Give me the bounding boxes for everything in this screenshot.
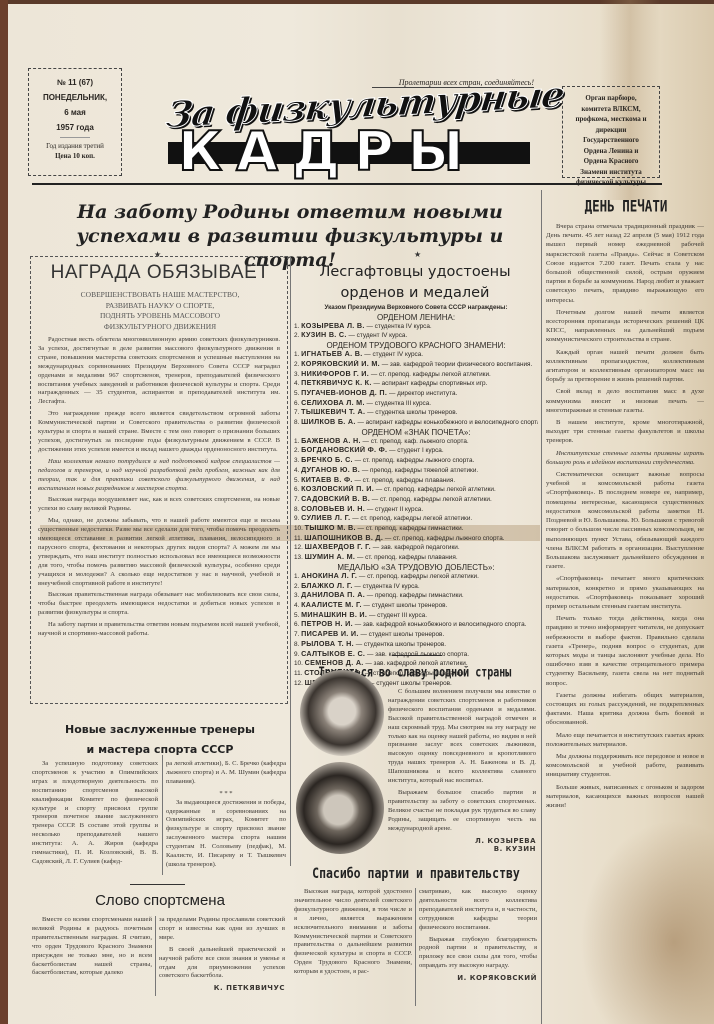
issue-weekday: ПОНЕДЕЛЬНИК,: [29, 90, 121, 105]
slovo-col1: Вместе со всеми спортсменами нашей велик…: [32, 916, 152, 981]
new-trainers-title: Новые заслуженные тренеры и мастера спор…: [40, 720, 280, 760]
award-recipient: 6. ПЕТРОВ Н. И. — зав. кафедрой конькобе…: [294, 620, 538, 630]
award-recipient: 6. КОЗЛОВСКИЙ П. И. — ст. препод. кафедр…: [294, 485, 538, 495]
award-recipient: 7. ТЫШКЕВИЧ Т. А. — студентка школы трен…: [294, 408, 538, 418]
recipient-number: 12.: [294, 680, 303, 687]
recipient-name: КОЗЛОВСКИЙ П. И.: [301, 485, 374, 493]
award-recipient: 2. КОРЯКОВСКИЙ И. М. — зав. кафедрой тео…: [294, 360, 538, 370]
recipient-role: — ст. препод. кафедры легкой атлетики.: [376, 486, 496, 493]
award-recipient: 4. КААЛИСТЕ М. Г. — студент школы тренер…: [294, 601, 538, 611]
award-recipient: 8. РЫЛОВА Т. Н. — студентка школы тренер…: [294, 640, 538, 650]
recipient-role: — директор института.: [389, 390, 457, 397]
title-line: и мастера спорта СССР: [40, 740, 280, 760]
recipient-name: СЕЛИХОВА Л. М.: [301, 399, 365, 407]
recipient-name: ШАХВЕРДОВ Г. Г.: [305, 543, 371, 551]
recipient-name: ШИЛКОВ Б. А.: [301, 418, 356, 426]
recipient-number: 12.: [294, 544, 303, 551]
recipient-number: 5.: [294, 612, 299, 619]
award-recipient: 1. ИГНАТЬЕВ А. В. — студент IV курса.: [294, 350, 538, 360]
paragraph: Газеты должны избегать общих материалов,…: [546, 691, 704, 728]
recipient-role: — ст. препод. кафедры лыжного спорта.: [385, 535, 505, 542]
award-recipient: 9. САЛТЫКОВ Е. С. — зав. кафедрой лыжног…: [294, 650, 538, 660]
recipient-role: — студент школы тренеров.: [360, 631, 444, 638]
recipient-name: САДОВСКИЙ В. В.: [301, 495, 370, 503]
paragraph: Систематически освещает важные вопросы у…: [546, 470, 704, 571]
organ-line: Государственного: [563, 135, 659, 146]
recipient-role: — студентка IV курса.: [354, 583, 419, 590]
recipient-role: — студентка IV курса.: [366, 323, 431, 330]
paragraph: Выражая глубокую благодарность родной па…: [419, 936, 537, 972]
award-recipient: 13. ШУМИН А. М. — ст. препод. кафедры пл…: [294, 553, 538, 563]
organ-line: профкома, месткома и: [563, 114, 659, 125]
recipient-number: 8.: [294, 506, 299, 513]
paragraph: Вместе со всеми спортсменами нашей велик…: [32, 916, 152, 978]
paragraph: Высокая правительственная награда обязыв…: [38, 591, 280, 618]
price: Цена 10 коп.: [29, 151, 121, 161]
main-headline-line: На заботу Родины ответим новыми: [40, 200, 540, 224]
paragraph: Высокая награда, которой удостоено значи…: [294, 888, 412, 977]
recipient-number: 5.: [294, 477, 299, 484]
recipient-role: — студент IV курса.: [348, 332, 407, 339]
organ-line: Орган парбюро,: [563, 93, 659, 104]
spasibo-title: Спасибо партии и правительству: [296, 864, 536, 882]
paragraph: За успешную подготовку советских спортсм…: [32, 760, 158, 867]
issue-date: 6 мая: [29, 105, 121, 120]
recipient-name: ДАНИЛОВА П. А.: [301, 591, 365, 599]
recipient-number: 8.: [294, 419, 299, 426]
paragraph: В своей дальнейшей практической и научно…: [159, 946, 285, 982]
publication-year: Год издания третий: [29, 141, 121, 151]
award-recipient: 5. ПУГАЧЕВ-ИОНОВ Д. П. — директор инстит…: [294, 389, 538, 399]
recipient-name: НИКИФОРОВ Г. И.: [301, 370, 369, 378]
paragraph: Радостная весть облетела многомиллионную…: [38, 336, 280, 407]
recipient-number: 7.: [294, 409, 299, 416]
column-rule: [541, 190, 542, 1024]
recipient-role: — студент II курса.: [367, 506, 423, 513]
organ-info-box: Орган парбюро, комитета ВЛКСМ, профкома,…: [562, 86, 660, 178]
awards-title-line: Лесгафтовцы удостоены: [292, 262, 538, 283]
recipient-name: ПЕТКЯВИЧУС К. К.: [301, 379, 372, 387]
award-recipient: 5. КИТАЕВ В. Ф. — ст. препод. кафедры пл…: [294, 476, 538, 486]
paragraph: Высокая награда воодушевляет нас, как и …: [38, 496, 280, 514]
recipient-name: СОЛОВЬЕВ И. Н.: [301, 505, 365, 513]
organ-line: дирекции: [563, 125, 659, 136]
award-recipient: 5. МИНАШКИН В. И. — студент III курса.: [294, 611, 538, 621]
paragraph: Вчера страна отмечала традиционный празд…: [546, 222, 704, 305]
subtitle-line: ПОДНЯТЬ УРОВЕНЬ МАССОВОГО: [40, 311, 280, 322]
editorial-body: Радостная весть облетела многомиллионную…: [38, 336, 280, 642]
award-recipient: 10. ТЫШКО М. В. — ст. препод. кафедры ги…: [294, 524, 538, 534]
recipient-name: РЫЛОВА Т. Н.: [301, 640, 354, 648]
recipient-number: 2.: [294, 361, 299, 368]
divider: [130, 884, 185, 885]
paragraph: Мы должны поддерживать все передовое и н…: [546, 752, 704, 780]
trudit-body: С большим волнением получили мы известие…: [388, 688, 536, 854]
recipient-name: ПУГАЧЕВ-ИОНОВ Д. П.: [301, 389, 387, 397]
recipient-number: 6.: [294, 400, 299, 407]
recipient-number: 1.: [294, 573, 299, 580]
issue-info-box: № 11 (67) ПОНЕДЕЛЬНИК, 6 мая 1957 года Г…: [28, 68, 122, 176]
recipient-number: 3.: [294, 457, 299, 464]
paragraph: Почетным долгом нашей печати является вс…: [546, 308, 704, 345]
award-recipient: 12. ШАХВЕРДОВ Г. Г. — зав. кафедрой педа…: [294, 543, 538, 553]
paragraph: С большим волнением получили мы известие…: [388, 688, 536, 786]
separator: * * *: [166, 790, 286, 799]
recipient-number: 4.: [294, 602, 299, 609]
paragraph: Мы, однако, не должны забывать, что в на…: [38, 517, 280, 588]
recipient-role: — ст. препод. кафедры легкой атлетики.: [372, 496, 492, 503]
slovo-col2: за пределами Родины прославили советский…: [159, 916, 285, 993]
award-recipient: 11. ШАПОШНИКОВ В. Д. — ст. препод. кафед…: [294, 534, 538, 544]
column-rule: [415, 888, 416, 1006]
spasibo-col2: сматриваю, как высокую оценку деятельнос…: [419, 888, 537, 983]
recipient-number: 13.: [294, 554, 303, 561]
award-category: МЕДАЛЬЮ «ЗА ТРУДОВУЮ ДОБЛЕСТЬ»:: [294, 563, 538, 572]
recipient-name: КУЗИН В. С.: [301, 331, 347, 339]
paragraph: «Спортфаковец» печатает много критически…: [546, 574, 704, 611]
recipient-number: 7.: [294, 631, 299, 638]
award-recipient: 9. СУЛИЕВ Л. Г. — ст. препод. кафедры ле…: [294, 514, 538, 524]
recipient-number: 2.: [294, 583, 299, 590]
award-category: ОРДЕНОМ ЛЕНИНА:: [294, 313, 538, 322]
recipient-name: КААЛИСТЕ М. Г.: [301, 601, 362, 609]
paragraph: Каждый орган нашей печати должен быть ко…: [546, 348, 704, 385]
paragraph: Печать только тогда действенна, когда он…: [546, 614, 704, 688]
paragraph: Это награждение прежде всего является св…: [38, 410, 280, 455]
recipient-number: 1.: [294, 438, 299, 445]
star-icon: ★: [414, 250, 421, 259]
recipient-number: 10.: [294, 525, 303, 532]
recipient-role: — ст. препод. кафедры легкой атлетики.: [352, 515, 472, 522]
masthead-title-text: КАДРЫ: [178, 122, 478, 182]
portrait-photo-kozyreva: [300, 670, 384, 756]
new-trainers-col2: ра легкой атлетики), Б. С. Бречко (кафед…: [166, 760, 286, 873]
signature: К. ПЕТКЯВИЧУС: [159, 984, 285, 993]
award-recipient: 3. ДАНИЛОВА П. А. — препод. кафедры гимн…: [294, 591, 538, 601]
recipient-number: 8.: [294, 641, 299, 648]
award-recipient: 8. СОЛОВЬЕВ И. Н. — студент II курса.: [294, 505, 538, 515]
recipient-role: — студентка школы тренеров.: [367, 409, 457, 416]
issue-number: № 11 (67): [29, 75, 121, 90]
recipient-role: — студент III курса.: [369, 612, 427, 619]
issue-year: 1957 года: [29, 120, 121, 135]
recipient-number: 9.: [294, 515, 299, 522]
recipient-name: ДУГАНОВ Ю. В.: [301, 466, 360, 474]
recipient-name: ШУМИН А. М.: [305, 553, 356, 561]
signature: В. КУЗИН: [388, 845, 536, 854]
title-line: Новые заслуженные тренеры: [40, 720, 280, 740]
recipient-name: КОРЯКОВСКИЙ И. М.: [301, 360, 380, 368]
recipient-number: 5.: [294, 390, 299, 397]
award-recipient: 4. ДУГАНОВ Ю. В. — препод. кафедры тяжел…: [294, 466, 538, 476]
award-recipient: 2. БЛАЖКО Л. Г. — студентка IV курса.: [294, 582, 538, 592]
award-category: ОРДЕНОМ ТРУДОВОГО КРАСНОГО ЗНАМЕНИ:: [294, 341, 538, 350]
paragraph: за пределами Родины прославили советский…: [159, 916, 285, 943]
paragraph: Выражаем большое спасибо партии и правит…: [388, 789, 536, 834]
recipient-name: БЛАЖКО Л. Г.: [301, 582, 353, 590]
organ-line: Знамени института: [563, 167, 659, 178]
recipient-number: 2.: [294, 332, 299, 339]
recipient-role: — ст. препод. кафедры легкой атлетики.: [371, 371, 491, 378]
organ-line: комитета ВЛКСМ,: [563, 104, 659, 115]
subtitle-line: СОВЕРШЕНСТВОВАТЬ НАШЕ МАСТЕРСТВО,: [40, 290, 280, 301]
signature: Л. КОЗЫРЕВА: [388, 837, 536, 846]
paragraph: Свой вклад в дело воспитания масс в духе…: [546, 387, 704, 415]
editorial-subtitle: СОВЕРШЕНСТВОВАТЬ НАШЕ МАСТЕРСТВО, РАЗВИВ…: [40, 290, 280, 332]
recipient-role: — ст. препод. кафедры легкой атлетики.: [359, 573, 479, 580]
recipient-number: 1.: [294, 351, 299, 358]
awards-title: Лесгафтовцы удостоены орденов и медалей: [292, 262, 538, 304]
recipient-role: — студент школы тренеров.: [364, 602, 448, 609]
spasibo-col1: Высокая награда, которой удостоено значи…: [294, 888, 412, 980]
award-recipient: 2. БОГДАНОВСКИЙ Ф. Ф. — студент I курса.: [294, 446, 538, 456]
paragraph: Наш коллектив немало потрудился и над по…: [38, 458, 280, 494]
paragraph: ра легкой атлетики), Б. С. Бречко (кафед…: [166, 760, 286, 787]
recipient-name: ТЫШКО М. В.: [305, 524, 356, 532]
paragraph: Больше живых, написанных с огоньком и за…: [546, 783, 704, 811]
subtitle-line: РАЗВИВАТЬ НАУКУ О СПОРТЕ,: [40, 301, 280, 312]
award-category: ОРДЕНОМ «ЗНАК ПОЧЕТА»:: [294, 428, 538, 437]
tablecloth-edge: [0, 0, 8, 1024]
recipient-role: — ст. препод. кафедры плавания.: [357, 554, 458, 561]
subtitle-line: ФИЗКУЛЬТУРНОГО ДВИЖЕНИЯ: [40, 322, 280, 333]
recipient-name: АНОКИНА Л. Г.: [301, 572, 357, 580]
recipient-name: КИТАЕВ В. Ф.: [301, 476, 353, 484]
organ-line: Ордена Ленина и: [563, 146, 659, 157]
signature: И. КОРЯКОВСКИЙ: [419, 974, 537, 983]
column-rule: [155, 916, 156, 996]
masthead-title-block: КАДРЫ: [168, 128, 530, 176]
recipient-number: 3.: [294, 371, 299, 378]
den-pechati-title: ДЕНЬ ПЕЧАТИ: [546, 196, 706, 216]
slovo-title: Слово спортсмена: [40, 892, 280, 909]
recipient-number: 1.: [294, 323, 299, 330]
recipient-name: ТЫШКЕВИЧ Т. А.: [301, 408, 365, 416]
award-recipient: 8. ШИЛКОВ Б. А. — аспирант кафедры коньк…: [294, 418, 538, 428]
awards-title-line: орденов и медалей: [292, 283, 538, 304]
recipient-number: 3.: [294, 592, 299, 599]
award-recipient: 2. КУЗИН В. С. — студент IV курса.: [294, 331, 538, 341]
awards-intro: Указом Президиума Верховного Совета СССР…: [294, 304, 538, 313]
divider: [60, 137, 90, 138]
award-recipient: 3. НИКИФОРОВ Г. И. — ст. препод. кафедры…: [294, 370, 538, 380]
paragraph: На заботу партии и правительства ответим…: [38, 621, 280, 639]
recipient-number: 7.: [294, 496, 299, 503]
paragraph: Мало еще печатается в институтских газет…: [546, 731, 704, 749]
recipient-number: 6.: [294, 486, 299, 493]
paragraph: Институтские стенные газеты призваны игр…: [546, 449, 704, 467]
recipient-name: ПЕТРОВ Н. И.: [301, 620, 353, 628]
recipient-name: ШАПОШНИКОВ В. Д.: [304, 534, 383, 542]
recipient-role: — ст. препод. кафедры гимнастики.: [358, 525, 464, 532]
column-rule: [162, 755, 163, 875]
recipient-role: — студентка III курса.: [367, 400, 432, 407]
recipient-role: — ст. препод. кафедры лыжного спорта.: [355, 457, 475, 464]
recipient-role: — зав. кафедрой педагогики.: [373, 544, 460, 551]
recipient-role: — препод. кафедры тяжелой атлетики.: [362, 467, 478, 474]
recipient-name: БРЕЧКО Б. С.: [301, 456, 353, 464]
recipient-role: — студент IV курса.: [364, 351, 423, 358]
recipient-number: 11.: [294, 535, 302, 542]
recipient-number: 4.: [294, 467, 299, 474]
recipient-name: ПИСАРЕВ И. И.: [301, 630, 359, 638]
organ-line: Ордена Красного: [563, 156, 659, 167]
recipient-role: — аспирант кафедры спортивных игр.: [373, 380, 487, 387]
recipient-number: 4.: [294, 380, 299, 387]
masthead-rule: [32, 183, 662, 185]
recipient-role: — студент I курса.: [389, 447, 443, 454]
award-recipient: 7. САДОВСКИЙ В. В. — ст. препод. кафедры…: [294, 495, 538, 505]
recipient-role: — ст. препод. каф. лыжного спорта.: [363, 438, 469, 445]
column-rule: [290, 256, 291, 866]
editorial-title: НАГРАДА ОБЯЗЫВАЕТ: [36, 262, 284, 284]
portrait-photo-kuzin: [296, 762, 384, 854]
recipient-name: МИНАШКИН В. И.: [301, 611, 367, 619]
award-recipient: 4. ПЕТКЯВИЧУС К. К. — аспирант кафедры с…: [294, 379, 538, 389]
award-recipient: 3. БРЕЧКО Б. С. — ст. препод. кафедры лы…: [294, 456, 538, 466]
recipient-number: 2.: [294, 447, 299, 454]
recipient-role: — студентка школы тренеров.: [356, 641, 446, 648]
awards-list: Указом Президиума Верховного Совета СССР…: [294, 304, 538, 688]
award-recipient: 6. СЕЛИХОВА Л. М. — студентка III курса.: [294, 399, 538, 409]
recipient-name: КОЗЫРЕВА Л. В.: [301, 322, 365, 330]
award-recipient: 1. БАЖЕНОВ А. Н. — ст. препод. каф. лыжн…: [294, 437, 538, 447]
award-recipient: 1. АНОКИНА Л. Г. — ст. препод. кафедры л…: [294, 572, 538, 582]
recipient-name: БОГДАНОВСКИЙ Ф. Ф.: [301, 446, 387, 454]
new-trainers-col1: За успешную подготовку советских спортсм…: [32, 760, 158, 870]
paragraph: сматриваю, как высокую оценку деятельнос…: [419, 888, 537, 933]
recipient-role: — зав. кафедрой теории физического воспи…: [382, 361, 533, 368]
recipient-role: — студент школы тренеров.: [368, 680, 452, 687]
recipient-number: 6.: [294, 621, 299, 628]
den-pechati-body: Вчера страна отмечала традиционный празд…: [546, 222, 704, 813]
recipient-role: — ст. препод. кафедры плавания.: [354, 477, 455, 484]
recipient-name: СУЛИЕВ Л. Г.: [301, 514, 350, 522]
recipient-role: — зав. кафедрой конькобежного и велосипе…: [355, 621, 527, 628]
paragraph: За выдающиеся достижения и победы, одерж…: [166, 799, 286, 870]
award-recipient: 1. КОЗЫРЕВА Л. В. — студентка IV курса.: [294, 322, 538, 332]
recipient-role: — препод. кафедры гимнастики.: [367, 592, 464, 599]
recipient-number: 9.: [294, 651, 299, 658]
paragraph: В нашем институте, кроме многотиражной, …: [546, 418, 704, 446]
recipient-name: БАЖЕНОВ А. Н.: [301, 437, 361, 445]
recipient-name: ИГНАТЬЕВ А. В.: [301, 350, 362, 358]
recipient-role: — зав. кафедрой лыжного спорта.: [367, 651, 469, 658]
recipient-role: — аспирант кафедры конькобежного и велос…: [357, 419, 538, 426]
recipient-name: САЛТЫКОВ Е. С.: [301, 650, 365, 658]
award-recipient: 7. ПИСАРЕВ И. И. — студент школы тренеро…: [294, 630, 538, 640]
